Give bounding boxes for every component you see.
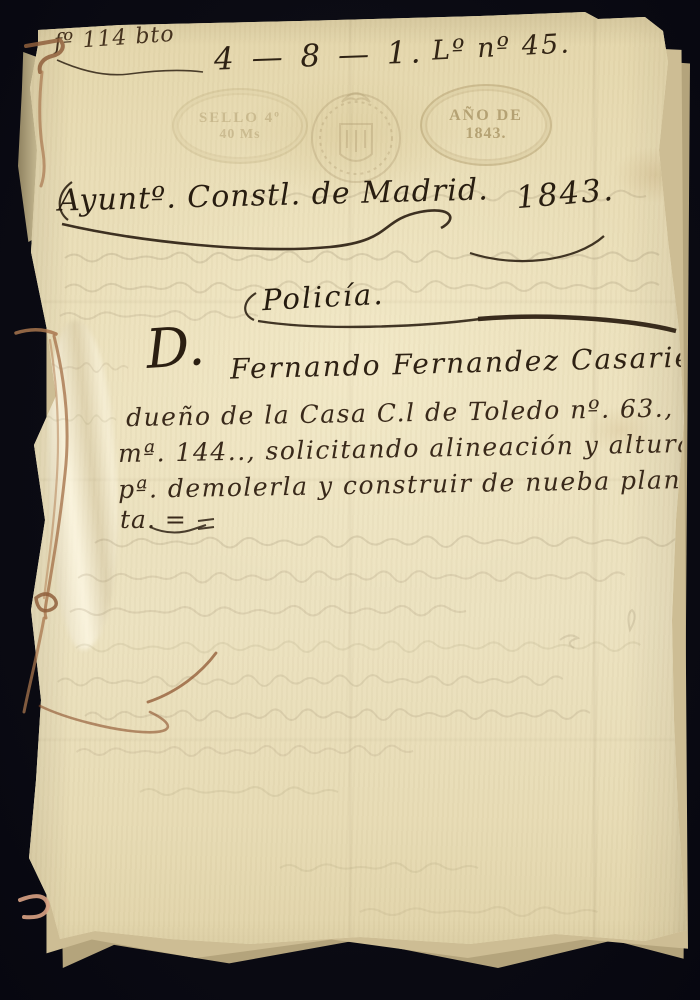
legajo-annotation: Lº nº 45. <box>431 28 571 66</box>
paper-texture <box>0 0 700 1000</box>
policia-underline-heavy <box>478 317 676 331</box>
body-name: Fernando Fernandez Casariego <box>230 339 700 385</box>
section-title: Policía. <box>261 277 385 317</box>
paper-wrinkle <box>48 320 118 650</box>
thread-pink-bottom <box>20 896 48 917</box>
equals-mark <box>198 519 214 529</box>
showthrough-numbers <box>560 610 635 648</box>
file-number-annotation: 4 — 8 — 1. <box>213 34 425 77</box>
policia-open-paren <box>245 293 256 320</box>
page-edge-shading <box>0 0 700 1000</box>
blind-stamp-year: AÑO DE 1843. <box>420 84 552 166</box>
manuscript-page: SELLO 4º 40 Ms AÑO DE 1843. <box>0 0 700 1000</box>
showthrough-handwriting <box>0 0 700 1000</box>
stamp-sello-line1: SELLO 4º <box>199 110 281 127</box>
body-initial: D. <box>144 314 207 381</box>
body-line-5: ta. = <box>120 505 187 534</box>
heading-year: 1843. <box>515 172 617 216</box>
year-swash <box>470 236 604 261</box>
policia-underline <box>258 319 480 327</box>
stamp-sello-line2: 40 Ms <box>219 127 260 143</box>
ink-flourishes <box>0 0 700 1000</box>
body-line-2: dueño de la Casa C.l de Toledo nº. 63., … <box>126 393 700 432</box>
stamp-year-line1: AÑO DE <box>449 107 523 125</box>
body-line-3: mª. 144.., solicitando alineación y altu… <box>118 429 694 468</box>
body-line-4: pª. demolerla y construir de nueba plan- <box>118 465 691 504</box>
folio-underline <box>57 60 203 75</box>
folio-annotation: fº 114 bto <box>53 22 175 55</box>
heading-office: Ayuntº. Constl. de Madrid. <box>58 172 489 218</box>
stamp-year-line2: 1843. <box>466 125 507 143</box>
blind-stamp-sello: SELLO 4º 40 Ms <box>172 88 308 164</box>
archival-scan-background: SELLO 4º 40 Ms AÑO DE 1843. <box>0 0 700 1000</box>
